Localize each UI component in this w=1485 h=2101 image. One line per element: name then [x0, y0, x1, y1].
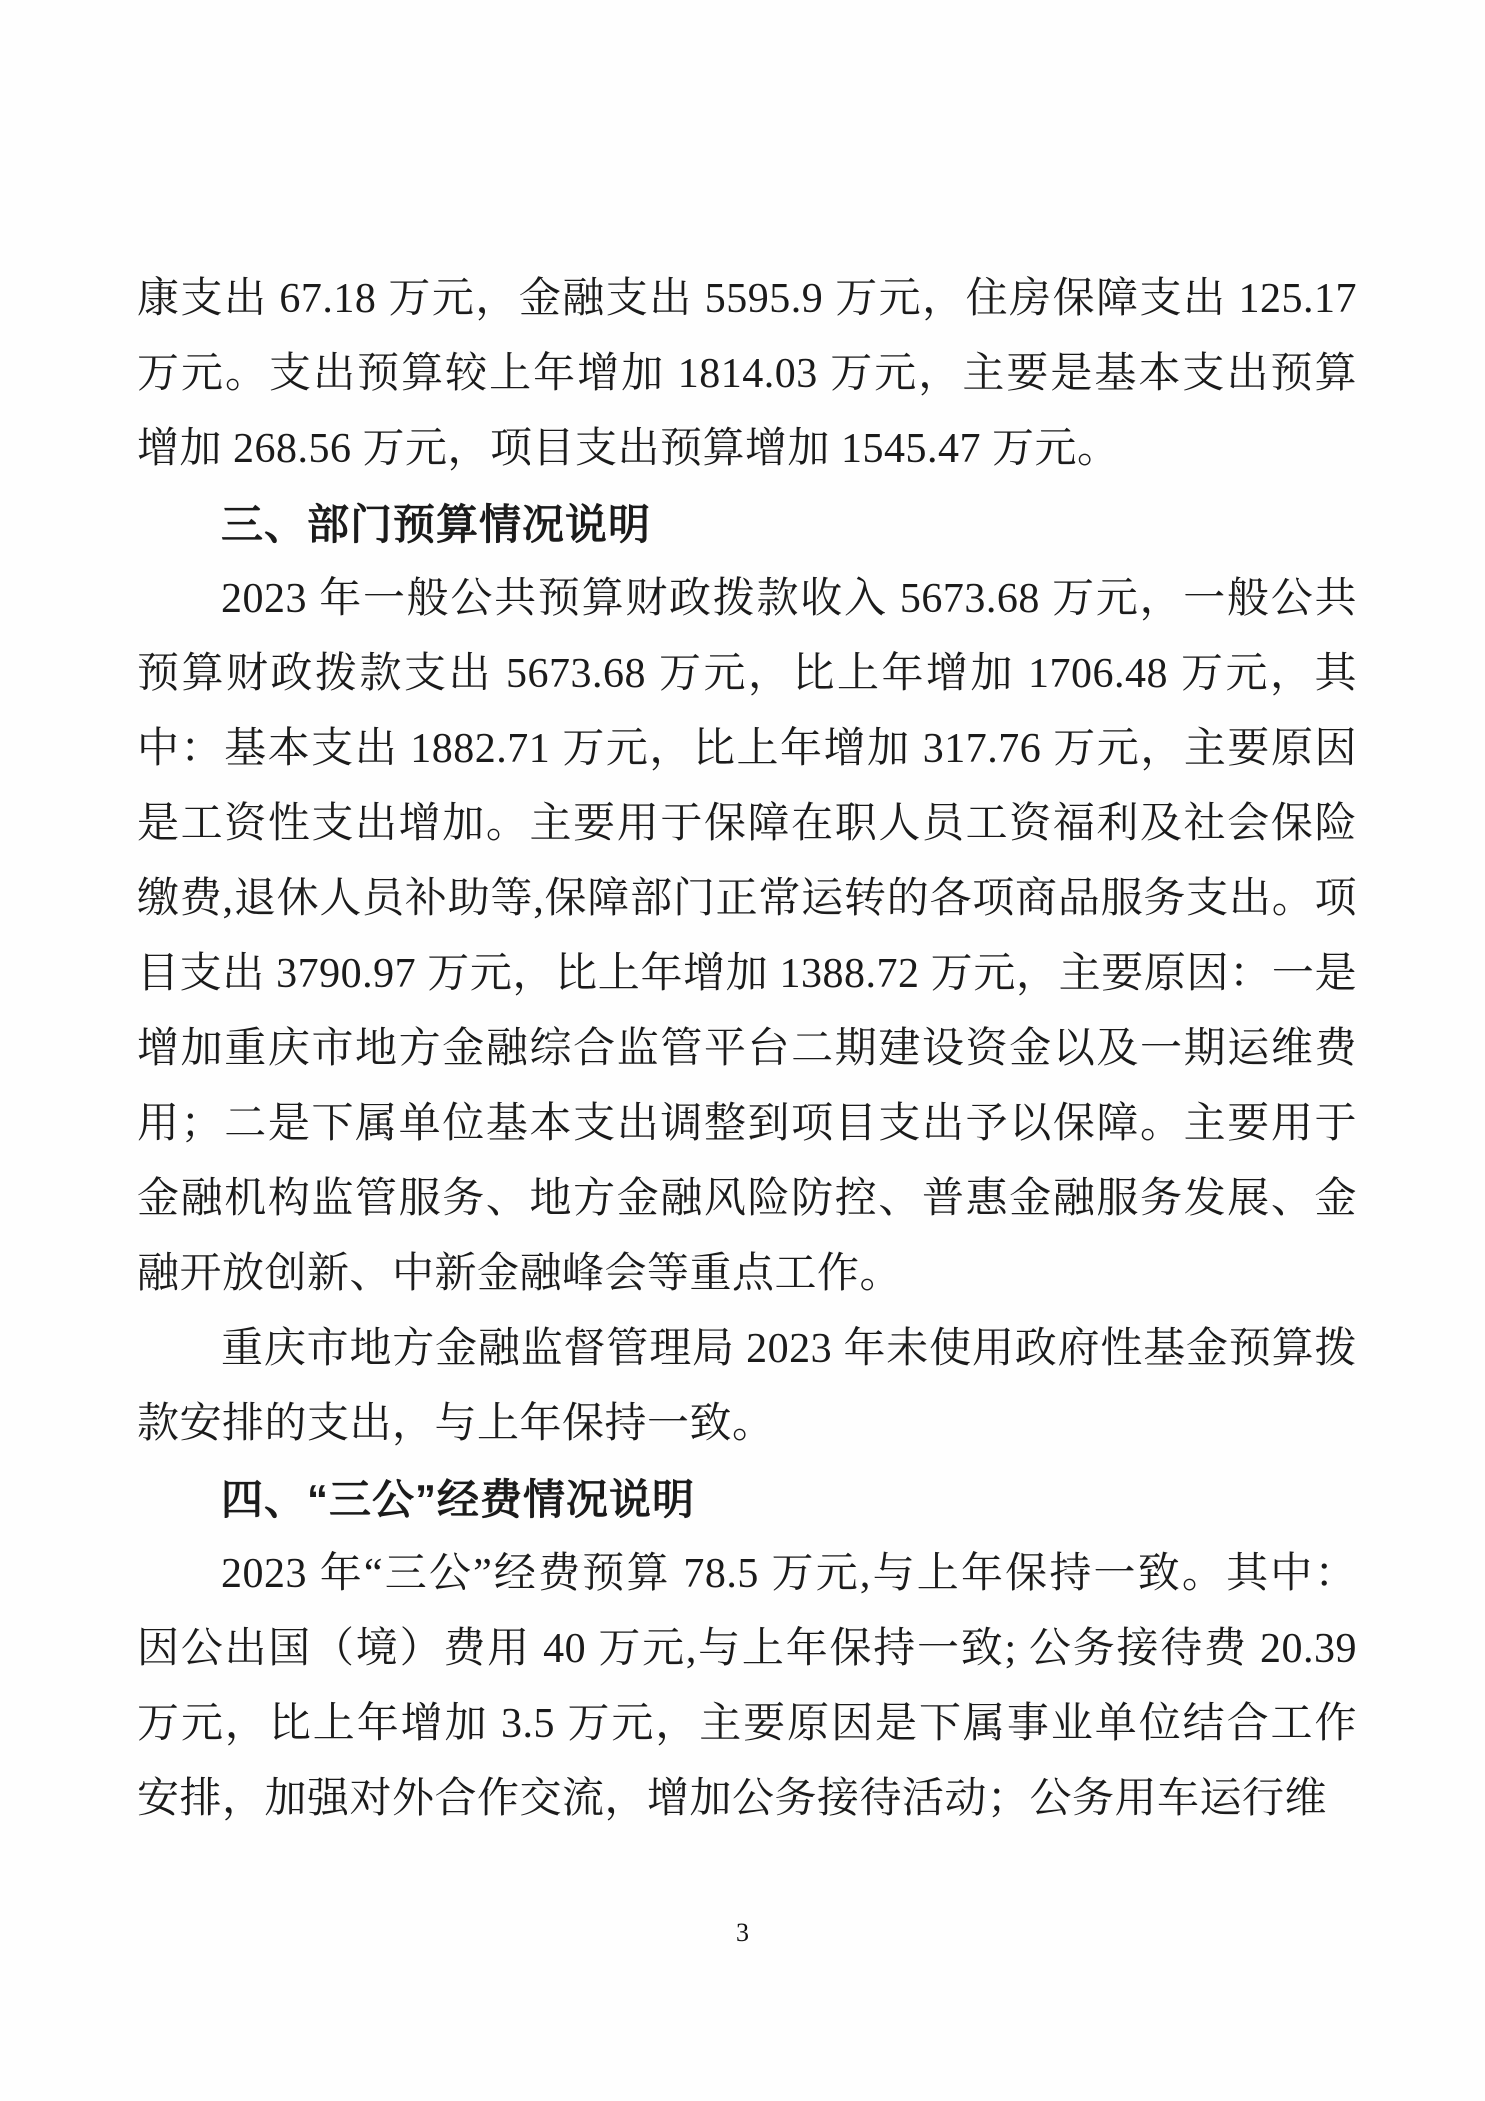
paragraph: 2023 年“三公”经费预算 78.5 万元,与上年保持一致。其中：因公出国（境… [137, 1537, 1357, 1837]
section-heading: 四、“三公”经费情况说明 [137, 1462, 1357, 1537]
section-heading: 三、部门预算情况说明 [137, 487, 1357, 562]
paragraph: 重庆市地方金融监督管理局 2023 年未使用政府性基金预算拨款安排的支出，与上年… [137, 1312, 1357, 1462]
page-footer: 3 [0, 1918, 1485, 1948]
page-number: 3 [736, 1918, 749, 1947]
paragraph: 2023 年一般公共预算财政拨款收入 5673.68 万元，一般公共预算财政拨款… [137, 562, 1357, 1312]
document-page: 康支出 67.18 万元，金融支出 5595.9 万元，住房保障支出 125.1… [0, 0, 1485, 2101]
document-body: 康支出 67.18 万元，金融支出 5595.9 万元，住房保障支出 125.1… [137, 262, 1357, 1837]
paragraph: 康支出 67.18 万元，金融支出 5595.9 万元，住房保障支出 125.1… [137, 262, 1357, 487]
